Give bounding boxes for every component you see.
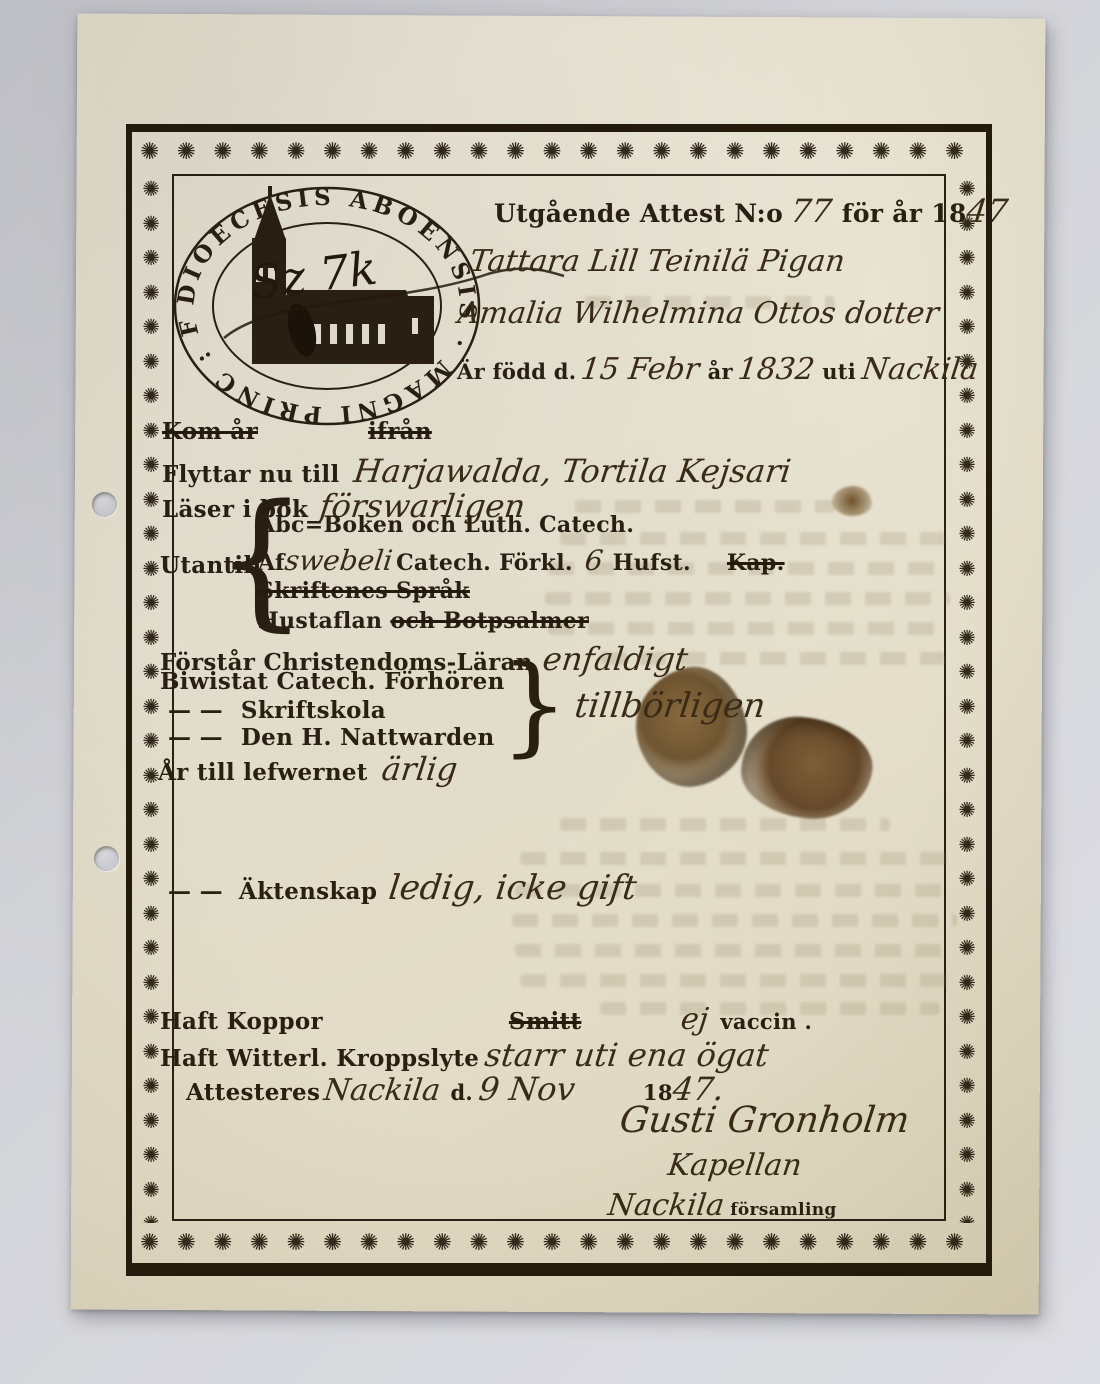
koppor-line: Haft Koppor Smitt ej vaccin . (160, 1002, 812, 1037)
koppor-hand: ej (679, 1002, 710, 1037)
showthrough-text (520, 974, 955, 987)
born-label: Är född d. (457, 359, 576, 384)
photo-background: ✺ ✺ ✺ ✺ ✺ ✺ ✺ ✺ ✺ ✺ ✺ ✺ ✺ ✺ ✺ ✺ ✺ ✺ ✺ ✺ … (0, 0, 1100, 1384)
kroppslyte-value: starr uti ena ögat (483, 1036, 771, 1074)
kom-ar-line: Kom år ifrån (162, 418, 432, 445)
showthrough-text (560, 818, 890, 831)
kroppslyte-label: Haft Witterl. Kroppslyte (160, 1045, 479, 1072)
aktenskap-label: Äktenskap (239, 878, 377, 905)
showthrough-text (520, 852, 950, 865)
item2-prefix: Af (258, 550, 285, 576)
signature-title: Kapellan (668, 1148, 802, 1183)
item2-number: 6 (583, 544, 605, 577)
attest-date: 9 Nov (477, 1070, 578, 1108)
attest-d-label: d. (450, 1080, 473, 1105)
vaccin-label: vaccin . (720, 1009, 812, 1034)
item2-struck: Kap. (727, 550, 785, 576)
rosette-border-bottom: ✺ ✺ ✺ ✺ ✺ ✺ ✺ ✺ ✺ ✺ ✺ ✺ ✺ ✺ ✺ ✺ ✺ ✺ ✺ ✺ … (140, 1225, 978, 1261)
nattwarden-line: — — Den H. Nattwarden (168, 724, 495, 751)
showthrough-text (512, 914, 957, 927)
group-brace: } (500, 652, 569, 760)
rosette-border-top: ✺ ✺ ✺ ✺ ✺ ✺ ✺ ✺ ✺ ✺ ✺ ✺ ✺ ✺ ✺ ✺ ✺ ✺ ✺ ✺ … (140, 134, 978, 170)
born-year-label: år (708, 359, 733, 384)
attest-place: Nackila (322, 1073, 443, 1108)
flyttar-value: Harjawalda, Tortila Kejsari (351, 452, 792, 490)
attest-number: 77 (789, 192, 834, 230)
showthrough-text (548, 622, 948, 635)
showthrough-text (545, 592, 950, 605)
utantill-item-1: Abc=Boken och Luth. Catech. (258, 512, 634, 538)
showthrough-text (515, 944, 955, 957)
utantill-item-2: Af swebeli Catech. Förkl. 6 Hufst. Kap. (258, 544, 785, 577)
born-year: 1832 (736, 352, 817, 387)
koppor-label: Haft Koppor (160, 1008, 323, 1035)
lefwernet-label: År till lefwernet (158, 759, 368, 786)
skriftskola-line: — — Skriftskola (168, 697, 386, 724)
kroppslyte-line: Haft Witterl. Kroppslyte starr uti ena ö… (160, 1036, 769, 1074)
attest-header-year-label: för år 18 (842, 199, 967, 228)
biwistat-line: Biwistat Catech. Förhören (160, 668, 505, 695)
ditto-dashes: — — (168, 878, 223, 905)
lefwernet-line: År till lefwernet ärlig (158, 750, 457, 788)
ditto-dashes: — — (168, 697, 223, 724)
kom-ar-label: Kom år (162, 418, 258, 445)
ditto-dashes: — — (168, 724, 223, 751)
recipient-line-2: Amalia Wilhelmina Ottos dotter (458, 296, 939, 331)
item2-mid: Catech. Förkl. (396, 550, 573, 576)
punch-hole-bottom (94, 846, 119, 871)
attest-year: 47 (964, 192, 1009, 230)
born-date: 15 Febr (579, 352, 701, 387)
attest-header: Utgående Attest N:o 77 för år 18 47 (494, 192, 1007, 230)
recipient-line-1: Tattara Lill Teinilä Pigan (470, 244, 845, 279)
born-place-label: uti (822, 359, 856, 384)
item2-suffix: Hufst. (613, 550, 691, 576)
born-place: Nackila (860, 352, 981, 387)
parish-line: Nackila församling (608, 1188, 837, 1223)
lefwernet-value: ärlig (379, 750, 459, 788)
signature-name: Gusti Gronholm (620, 1100, 909, 1141)
ifran-label: ifrån (368, 418, 432, 445)
item4-struck: och Botpsalmer (390, 608, 589, 634)
parish-printed: församling (730, 1200, 836, 1220)
utantill-item-4: Hustaflan och Botpsalmer (258, 608, 589, 634)
parish-hand: Nackila (606, 1188, 727, 1223)
diocese-seal: DIOECESIS ABOENSIS · MAGNI PRINC : FINL … (164, 178, 490, 440)
item2-hand: swebeli (283, 544, 394, 577)
utantill-item-3: Skriftenes Språk (258, 578, 470, 604)
group-value: tillbörligen (575, 686, 765, 726)
punch-hole-top (92, 492, 117, 517)
rosette-border-right: ✺ ✺ ✺ ✺ ✺ ✺ ✺ ✺ ✺ ✺ ✺ ✺ ✺ ✺ ✺ ✺ ✺ ✺ ✺ ✺ … (950, 172, 984, 1223)
smitt-struck: Smitt (509, 1008, 581, 1035)
item4-kept: Hustaflan (258, 608, 382, 634)
attest-header-label: Utgående Attest N:o (494, 199, 783, 228)
born-line: Är född d. 15 Febr år 1832 uti Nackila (457, 352, 978, 387)
aktenskap-line: — — Äktenskap ledig, icke gift (168, 868, 637, 908)
ink-stain (832, 486, 872, 516)
attesteres-label: Attesteres (186, 1079, 320, 1106)
aktenskap-value: ledig, icke gift (387, 868, 639, 908)
